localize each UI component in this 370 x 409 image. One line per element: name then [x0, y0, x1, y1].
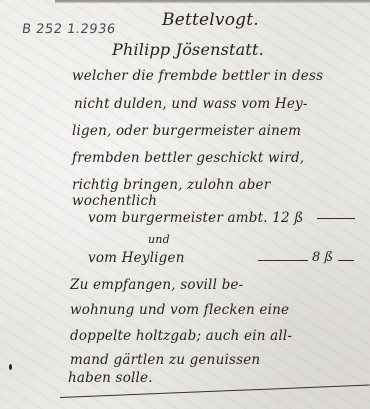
text-line-9: vom Heyligen: [88, 250, 185, 266]
person-name: Philipp Jösenstatt.: [112, 40, 264, 59]
document-page: B 252 1.2936 Bettelvogt. Philipp Jösenst…: [0, 0, 370, 409]
dash-line: [317, 218, 355, 219]
bleed-through-texture: [0, 0, 370, 409]
text-line-2: nicht dulden, und wass vom Hey-: [74, 96, 308, 112]
dash-line: [258, 260, 308, 261]
closing-rule: [60, 385, 370, 399]
shelfmark: B 252 1.2936: [21, 22, 117, 37]
text-line-1: welcher die frembde bettler in dess: [72, 68, 323, 84]
text-line-4: frembden bettler geschickt wird,: [72, 150, 304, 166]
page-top-edge: [55, 0, 370, 3]
text-line-7: vom burgermeister ambt. 12 ß: [88, 210, 304, 226]
amount-heyligen: 8 ß: [312, 250, 333, 265]
text-line-5: richtig bringen, zulohn aber: [72, 177, 270, 193]
document-title: Bettelvogt.: [162, 10, 259, 30]
text-line-6: wochentlich: [72, 193, 157, 209]
text-line-10: Zu empfangen, sovill be-: [70, 277, 243, 293]
dash-line: [338, 260, 354, 261]
text-line-8: und: [148, 233, 170, 246]
ink-spot: [9, 364, 12, 370]
text-line-12: doppelte holtzgab; auch ein all-: [70, 328, 292, 344]
text-line-11: wohnung und vom flecken eine: [70, 302, 289, 318]
text-line-13: mand gärtlen zu genuissen: [70, 352, 260, 368]
text-line-14: haben solle.: [68, 370, 153, 386]
text-line-3: ligen, oder burgermeister ainem: [72, 123, 301, 139]
